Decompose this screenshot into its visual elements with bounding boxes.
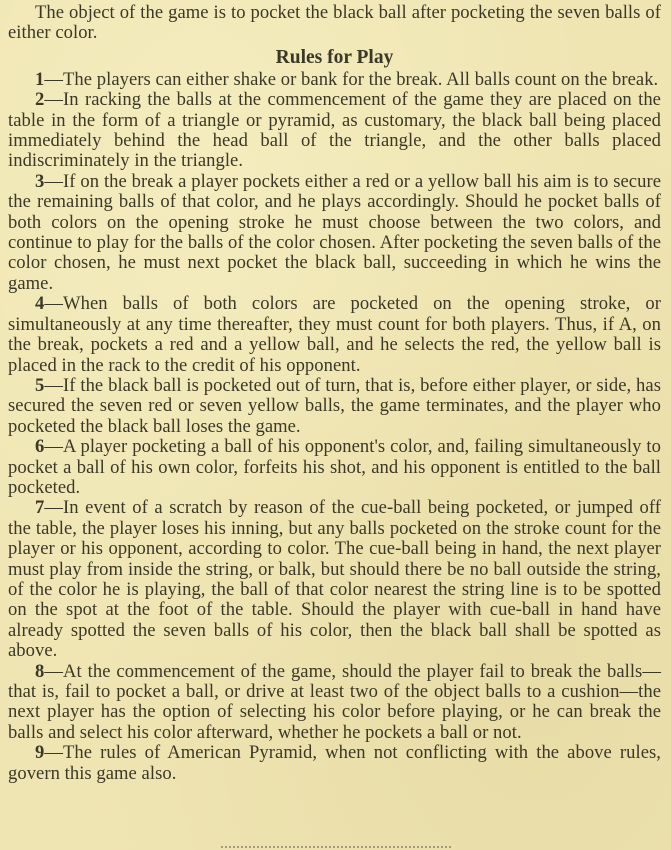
clipped-text-strip [221,846,451,850]
rule-number: 1 [35,69,44,90]
rule-dash: — [44,293,63,314]
rule-7: 7—In event of a scratch by reason of the… [8,498,661,661]
rule-text: At the commencement of the game, should … [8,661,661,743]
clipped-next-heading [0,846,671,850]
rule-dash: — [44,375,63,396]
rule-4: 4—When balls of both colors are pocketed… [8,294,661,376]
rule-dash: — [44,497,63,518]
rule-dash: — [44,742,63,763]
rule-dash: — [44,171,63,192]
rule-text: A player pocketing a ball of his opponen… [8,436,661,498]
rule-number: 3 [35,171,44,192]
document-page: The object of the game is to pocket the … [0,0,671,784]
rule-9: 9—The rules of American Pyramid, when no… [8,743,661,784]
rule-text: When balls of both colors are pocketed o… [8,293,661,375]
rule-number: 9 [35,742,44,763]
rule-dash: — [44,89,63,110]
rule-text: In racking the balls at the commencement… [8,89,661,171]
rule-dash: — [44,69,63,90]
rule-text: In event of a scratch by reason of the c… [8,497,661,661]
rule-8: 8—At the commencement of the game, shoul… [8,662,661,744]
rule-text: The players can either shake or bank for… [63,69,658,90]
intro-paragraph: The object of the game is to pocket the … [8,3,661,44]
rule-3: 3—If on the break a player pockets eithe… [8,172,661,294]
section-heading: Rules for Play [8,46,661,70]
rule-1: 1—The players can either shake or bank f… [8,70,661,90]
rule-number: 4 [35,293,44,314]
rule-text: If on the break a player pockets either … [8,171,661,294]
rule-number: 6 [35,436,44,457]
rule-2: 2—In racking the balls at the commenceme… [8,90,661,172]
rule-text: The rules of American Pyramid, when not … [8,742,661,783]
rule-5: 5—If the black ball is pocketed out of t… [8,376,661,437]
rule-dash: — [44,661,63,682]
rule-number: 8 [35,661,44,682]
rule-number: 5 [35,375,44,396]
rule-dash: — [44,436,63,457]
rule-6: 6—A player pocketing a ball of his oppon… [8,437,661,498]
rule-number: 2 [35,89,44,110]
rule-number: 7 [35,497,44,518]
rule-text: If the black ball is pocketed out of tur… [8,375,661,437]
